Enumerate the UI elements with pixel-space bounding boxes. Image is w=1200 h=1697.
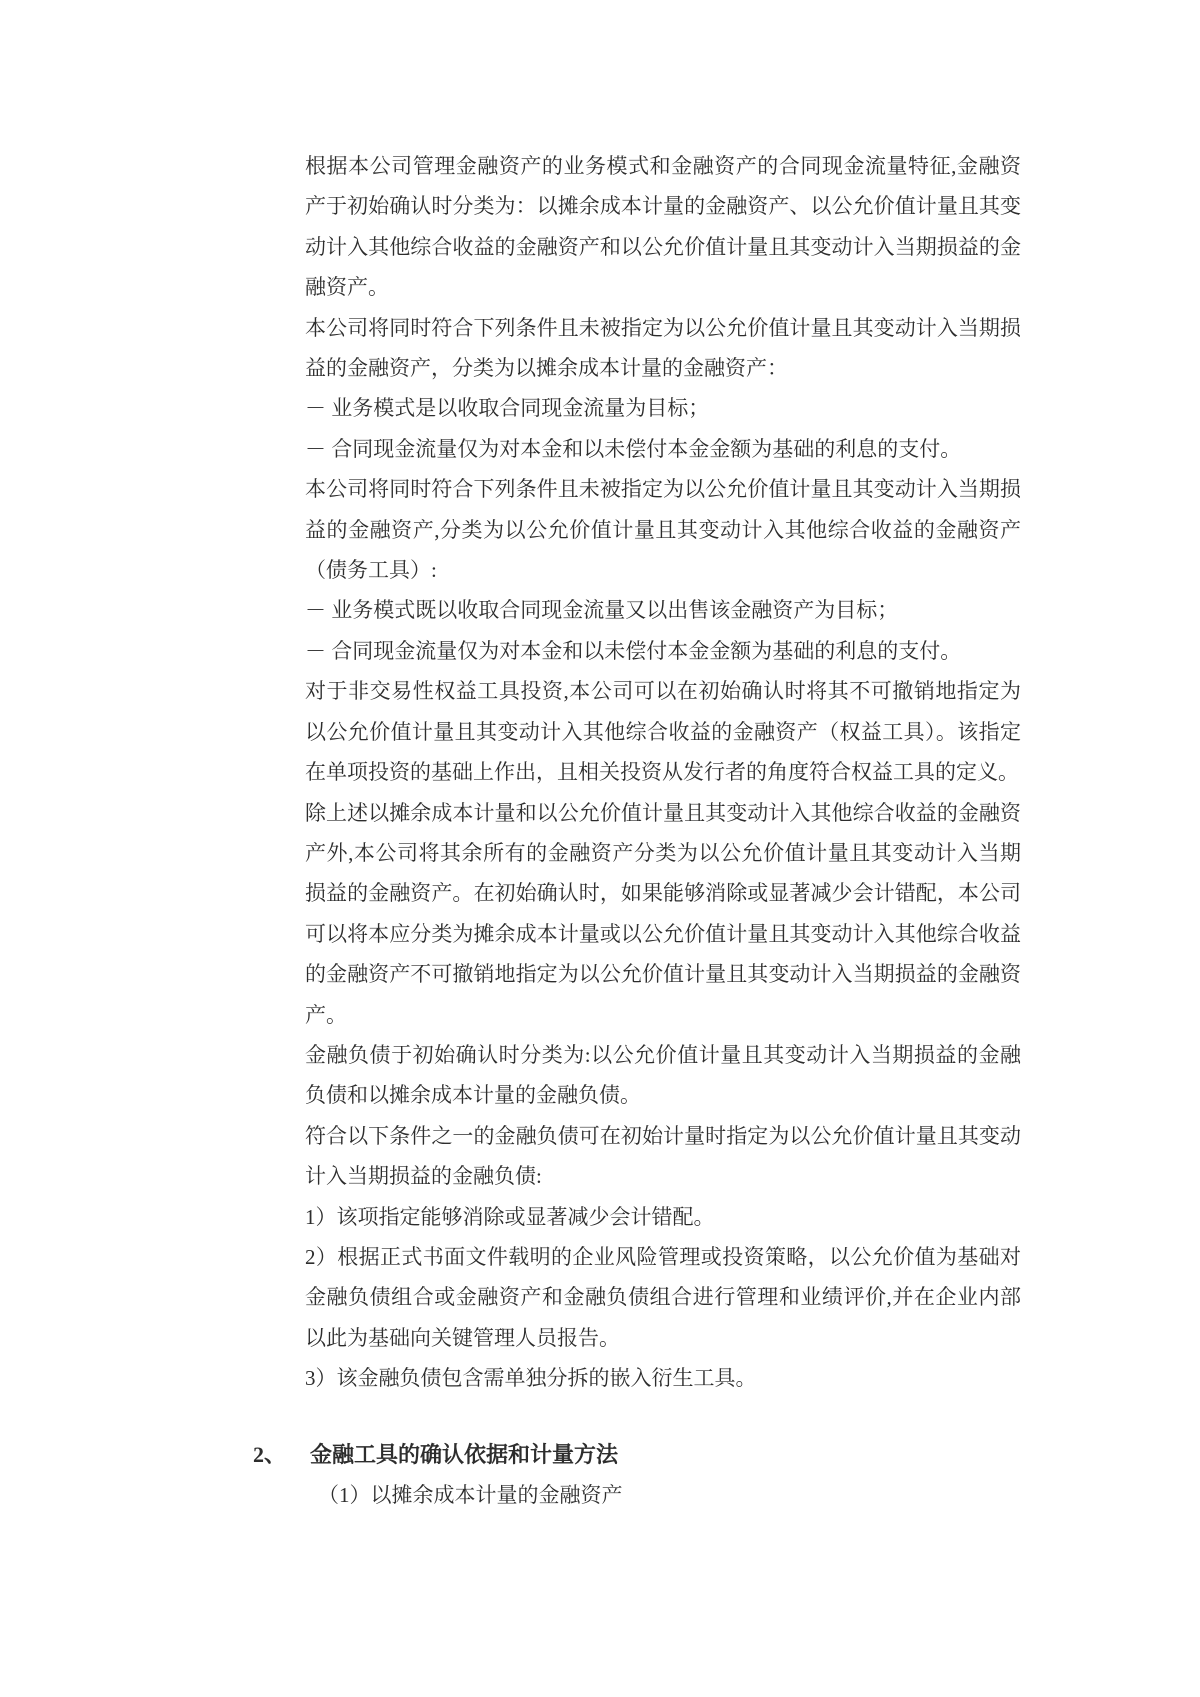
subsection-title: （1）以摊余成本计量的金融资产	[318, 1480, 1033, 1510]
bullet-item: － 业务模式是以收取合同现金流量为目标；	[305, 388, 1021, 428]
bullet-item: － 业务模式既以收取合同现金流量又以出售该金融资产为目标；	[305, 590, 1021, 630]
bullet-item: － 合同现金流量仅为对本金和以未偿付本金金额为基础的利息的支付。	[305, 429, 1021, 469]
numbered-item: 1）该项指定能够消除或显著减少会计错配。	[305, 1197, 1021, 1237]
numbered-item: 3）该金融负债包含需单独分拆的嵌入衍生工具。	[305, 1358, 1021, 1398]
body-paragraph: 金融负债于初始确认时分类为:以公允价值计量且其变动计入当期损益的金融负债和以摊余…	[305, 1035, 1021, 1116]
document-page: 根据本公司管理金融资产的业务模式和金融资产的合同现金流量特征,金融资产于初始确认…	[0, 0, 1200, 1697]
section-heading: 2、 金融工具的确认依据和计量方法	[253, 1440, 1033, 1470]
body-paragraph: 除上述以摊余成本计量和以公允价值计量且其变动计入其他综合收益的金融资产外,本公司…	[305, 793, 1021, 1035]
body-paragraph: 对于非交易性权益工具投资,本公司可以在初始确认时将其不可撤销地指定为以公允价值计…	[305, 671, 1021, 792]
body-paragraph: 符合以下条件之一的金融负债可在初始计量时指定为以公允价值计量且其变动计入当期损益…	[305, 1116, 1021, 1197]
section-number: 2、	[253, 1440, 310, 1470]
body-paragraph: 本公司将同时符合下列条件且未被指定为以公允价值计量且其变动计入当期损益的金融资产…	[305, 469, 1021, 590]
section-block: 2、 金融工具的确认依据和计量方法 （1）以摊余成本计量的金融资产	[253, 1440, 1033, 1510]
body-text-block: 根据本公司管理金融资产的业务模式和金融资产的合同现金流量特征,金融资产于初始确认…	[305, 146, 1021, 1399]
numbered-item: 2）根据正式书面文件载明的企业风险管理或投资策略，以公允价值为基础对金融负债组合…	[305, 1237, 1021, 1358]
bullet-item: － 合同现金流量仅为对本金和以未偿付本金金额为基础的利息的支付。	[305, 631, 1021, 671]
body-paragraph: 根据本公司管理金融资产的业务模式和金融资产的合同现金流量特征,金融资产于初始确认…	[305, 146, 1021, 308]
body-paragraph: 本公司将同时符合下列条件且未被指定为以公允价值计量且其变动计入当期损益的金融资产…	[305, 308, 1021, 389]
section-title: 金融工具的确认依据和计量方法	[310, 1440, 618, 1470]
